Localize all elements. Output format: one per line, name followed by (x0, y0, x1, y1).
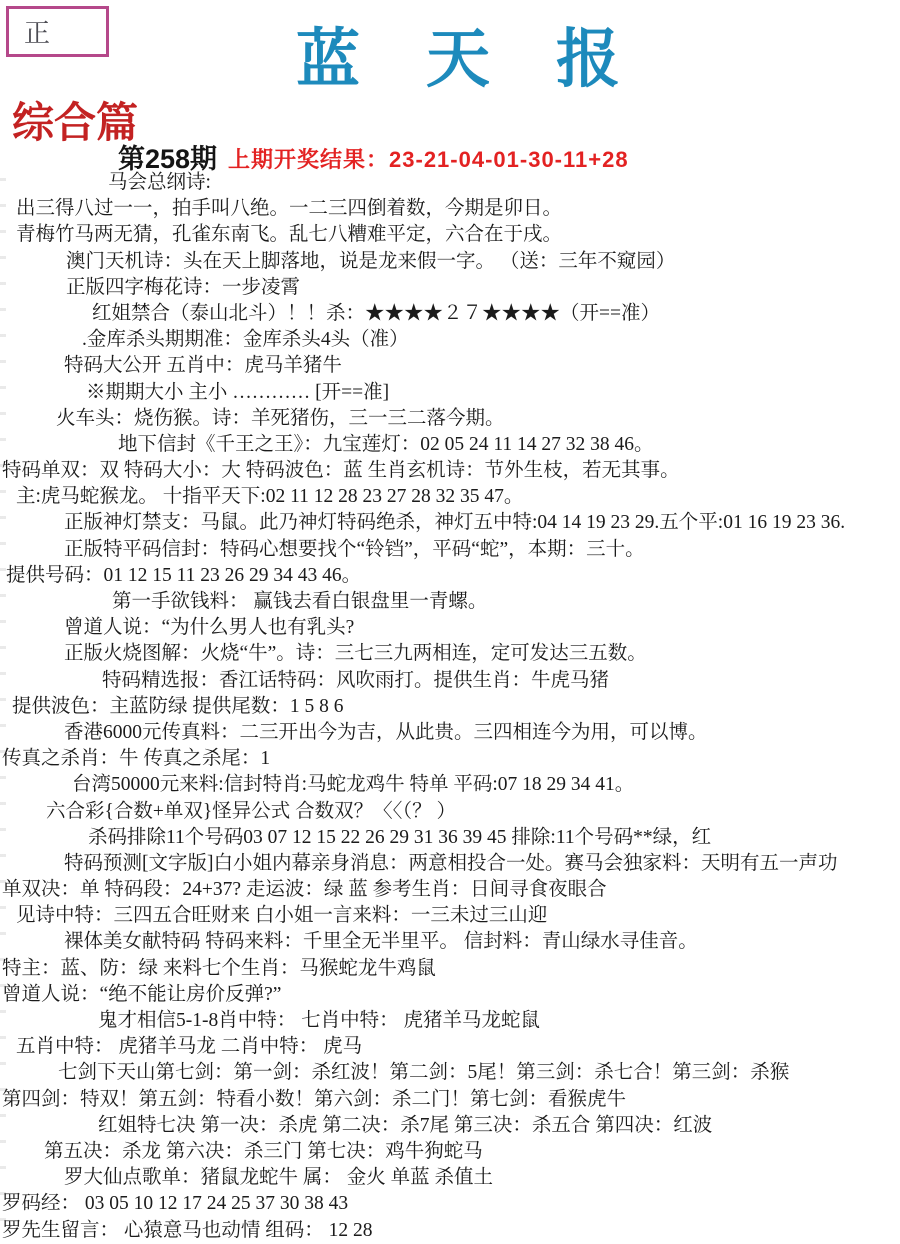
text-line: 马会总纲诗: (0, 170, 900, 196)
text-line: .金库杀头期期准：金库杀头4头（准） (0, 327, 900, 353)
text-line: 特码预测[文字版]白小姐内幕亲身消息：两意相投合一处。赛马会独家料：天明有五一声… (0, 851, 900, 877)
newspaper-page: 正 版 蓝天报 综合篇 第258期 上期开奖结果：23-21-04-01-30-… (0, 0, 900, 1244)
text-line: 出三得八过一一，拍手叫八绝。一二三四倒着数，今期是卯日。 (0, 196, 900, 222)
text-line: 红姐特七决 第一决：杀虎 第二决：杀7尾 第三决：杀五合 第四决：红波 (0, 1113, 900, 1139)
text-line: 五肖中特： 虎猪羊马龙 二肖中特： 虎马 (0, 1034, 900, 1060)
text-line: 罗码经： 03 05 10 12 17 24 25 37 30 38 43 (0, 1191, 900, 1217)
authenticity-badge: 正 版 (6, 6, 109, 57)
text-line: 澳门天机诗：头在天上脚落地，说是龙来假一字。 （送：三年不窥园） (0, 249, 900, 275)
text-line: 七剑下天山第七剑：第一剑：杀红波！第二剑：5尾！第三剑：杀七合！第三剑：杀猴 (0, 1060, 900, 1086)
text-line: 青梅竹马两无猜，孔雀东南飞。乱七八糟难平定，六合在于戌。 (0, 222, 900, 248)
text-line: 杀码排除11个号码03 07 12 15 22 26 29 31 36 39 4… (0, 825, 900, 851)
text-line: 提供波色：主蓝防绿 提供尾数：1 5 8 6 (0, 694, 900, 720)
text-line: 正版神灯禁支：马鼠。此乃神灯特码绝杀，神灯五中特:04 14 19 23 29.… (0, 510, 900, 536)
text-line: 提供号码：01 12 15 11 23 26 29 34 43 46。 (0, 563, 900, 589)
text-line: 鬼才相信5-1-8肖中特： 七肖中特： 虎猪羊马龙蛇鼠 (0, 1008, 900, 1034)
text-line: 特主：蓝、防：绿 来料七个生肖：马猴蛇龙牛鸡鼠 (0, 956, 900, 982)
text-line: 罗先生留言： 心猿意马也动情 组码： 12 28 (0, 1218, 900, 1244)
text-line: 特码大公开 五肖中：虎马羊猪牛 (0, 353, 900, 379)
text-line: 主:虎马蛇猴龙。 十指平天下:02 11 12 28 23 27 28 32 3… (0, 484, 900, 510)
text-line: 地下信封《千王之王》：九宝莲灯：02 05 24 11 14 27 32 38 … (0, 432, 900, 458)
badge-label: 正 版 (24, 13, 109, 50)
text-line: 特码精选报：香江话特码：风吹雨打。提供生肖：牛虎马猪 (0, 668, 900, 694)
last-draw-numbers: 23-21-04-01-30-11+28 (389, 147, 629, 172)
text-line: 正版四字梅花诗：一步凌霄 (0, 275, 900, 301)
body-text-lines: 马会总纲诗:出三得八过一一，拍手叫八绝。一二三四倒着数，今期是卯日。青梅竹马两无… (0, 170, 900, 1244)
text-line: 曾道人说：“绝不能让房价反弹?” (0, 982, 900, 1008)
text-line: ※期期大小 主小 ………… [开==准] (0, 380, 900, 406)
text-line: 正版火烧图解：火烧“牛”。诗：三七三九两相连，定可发达三五数。 (0, 641, 900, 667)
text-line: 香港6000元传真料：二三开出今为吉，从此贵。三四相连今为用，可以博。 (0, 720, 900, 746)
text-line: 特码单双：双 特码大小：大 特码波色：蓝 生肖玄机诗：节外生枝，若无其事。 (0, 458, 900, 484)
masthead-title: 蓝天报 (296, 8, 686, 100)
text-line: 曾道人说：“为什么男人也有乳头? (0, 615, 900, 641)
text-line: 红姐禁合（泰山北斗）！！杀：★★★★２７★★★★（开==准） (0, 301, 900, 327)
last-draw-label: 上期开奖结果： (228, 147, 389, 172)
text-line: 罗大仙点歌单：猪鼠龙蛇牛 属： 金火 单蓝 杀值土 (0, 1165, 900, 1191)
text-line: 见诗中特：三四五合旺财来 白小姐一言来料：一三未过三山迎 (0, 903, 900, 929)
text-line: 第五决：杀龙 第六决：杀三门 第七决：鸡牛狗蛇马 (0, 1139, 900, 1165)
text-line: 裸体美女献特码 特码来料：千里全无半里平。 信封料：青山绿水寻佳音。 (0, 929, 900, 955)
text-line: 第四剑：特双！第五剑：特看小数！第六剑：杀二门！第七剑：看猴虎牛 (0, 1087, 900, 1113)
text-line: 火车头：烧伤猴。诗：羊死猪伤，三一三二落今期。 (0, 406, 900, 432)
text-line: 台湾50000元来料:信封特肖:马蛇龙鸡牛 特单 平码:07 18 29 34 … (0, 772, 900, 798)
text-line: 第一手欲钱料： 赢钱去看白银盘里一青螺。 (0, 589, 900, 615)
text-line: 传真之杀肖：牛 传真之杀尾：1 (0, 746, 900, 772)
text-line: 单双决：单 特码段：24+37? 走运波：绿 蓝 参考生肖：日间寻食夜眼合 (0, 877, 900, 903)
text-line: 正版特平码信封：特码心想要找个“铃铛”，平码“蛇”，本期：三十。 (0, 537, 900, 563)
text-line: 六合彩{合数+单双}怪异公式 合数双？〈〈（？ ） (0, 799, 900, 825)
